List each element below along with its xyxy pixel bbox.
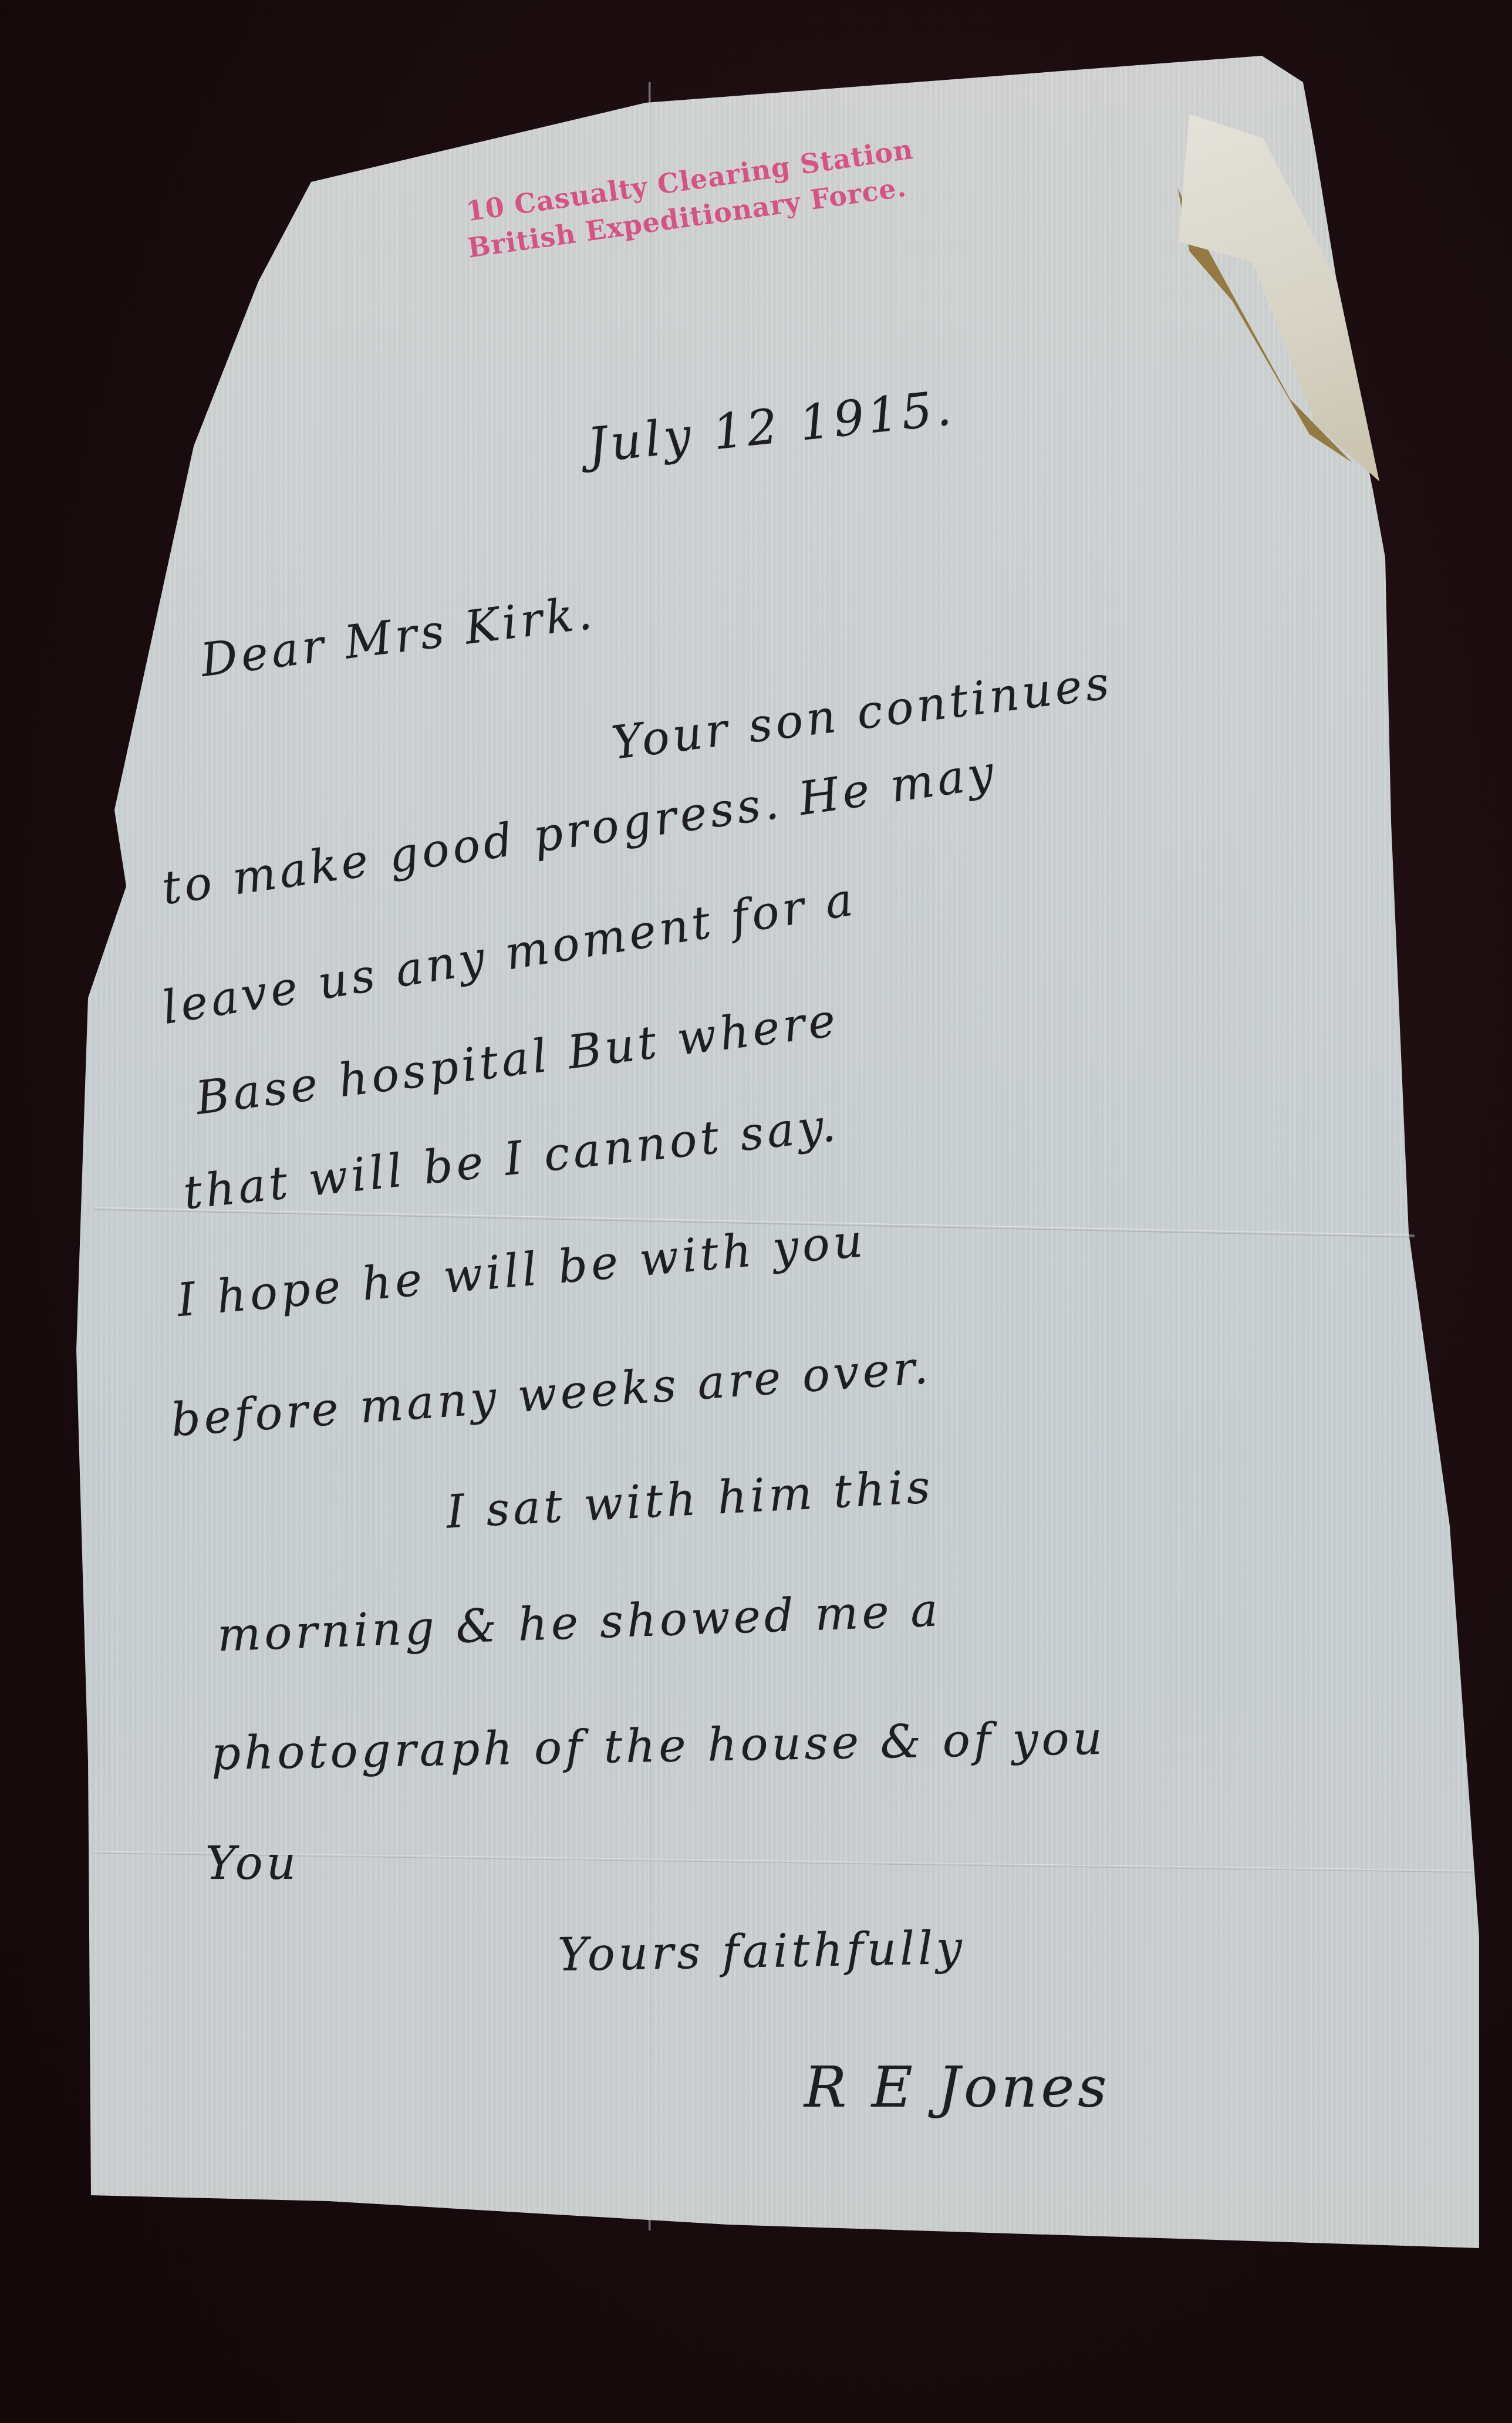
closing: Yours faithfully bbox=[557, 1922, 966, 1982]
body-line-11: You bbox=[205, 1837, 299, 1890]
signature: R E Jones bbox=[804, 2054, 1111, 2120]
